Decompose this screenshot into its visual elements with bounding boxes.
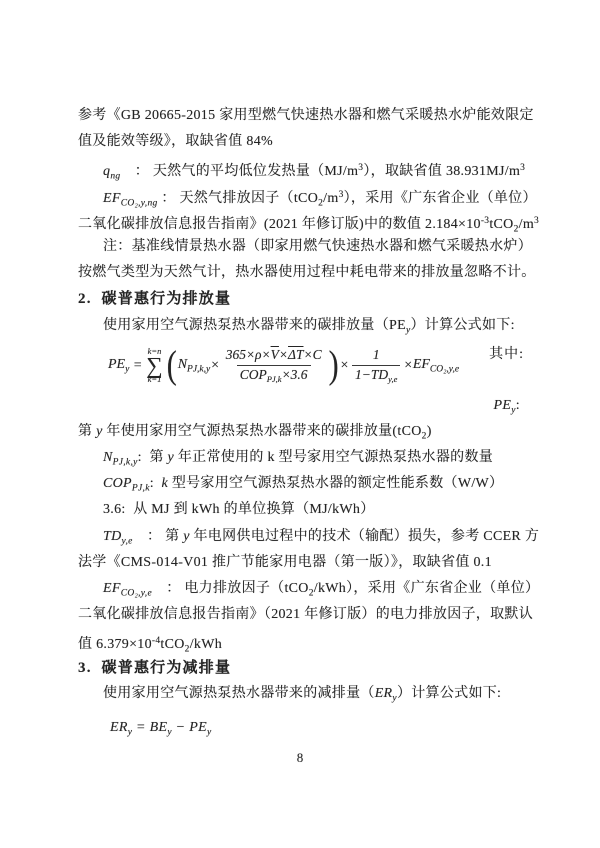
text-segment: 型号家用空气源热泵热水器的额定性能系数（W/W）: [168, 476, 503, 491]
text-line: 二氧化碳排放信息报告指南》(2021 年修订版)中的数值 2.184×10-3t…: [78, 208, 530, 234]
text-line: EFCO₂,y,ng ： 天然气排放因子（tCO2/m3），采用《广东省企业（单…: [78, 182, 530, 208]
text-line: EFCO₂,y,e ： 电力排放因子（tCO2/kWh），采用《广东省企业（单位…: [78, 576, 530, 602]
text-line: 二氧化碳排放信息报告指南》（2021 年修订版）的电力排放因子，取默认: [78, 602, 530, 628]
text-segment: ×3.6: [282, 367, 308, 382]
equals-sign: =: [133, 358, 142, 374]
text-segment: 二氧化碳排放信息报告指南》(2021 年修订版)中的数值 2.184×10: [78, 217, 481, 232]
text-segment: V: [271, 347, 279, 362]
text-segment: 1: [373, 347, 380, 362]
er-formula: ERy = BEy − PEy: [78, 715, 530, 741]
text-segment: CO₂,y,e: [121, 589, 152, 599]
text-line: 法学《CMS-014-V01 推广节能家用电器（第一版）》，取缺省值 0.1: [78, 550, 530, 576]
text-segment: :: [150, 476, 162, 491]
text-segment: PE: [108, 357, 125, 372]
text-segment: N: [178, 357, 187, 372]
text-segment: ： 电力排放因子（tCO: [152, 581, 309, 596]
multiply-sign: ×: [340, 358, 349, 374]
text-segment: 1−TD: [355, 367, 388, 382]
text-segment: ）计算公式如下:: [397, 686, 501, 701]
emission-factor-term: EFCO₂,y,e: [413, 357, 459, 375]
text-segment: ng: [110, 172, 120, 182]
text-segment: 值及能效等级》，取缺省值 84%: [78, 134, 273, 149]
text-line: 第 y 年使用家用空气源热泵热水器带来的碳排放量(tCO2): [78, 419, 530, 445]
multiply-sign: ×: [403, 358, 412, 374]
document-page: 参考《GB 20665-2015 家用型燃气快速热水器和燃气采暖热水炉能效限定值…: [0, 0, 600, 848]
text-line: qng ： 天然气的平均低位发热量（MJ/m3），取缺省值 38.931MJ/m…: [78, 155, 530, 181]
text-segment: EF: [103, 581, 121, 596]
text-segment: ΔT: [288, 347, 303, 362]
text-segment: /kWh: [190, 637, 222, 652]
text-line: TDy,e ： 第 y 年电网供电过程中的技术（输配）损失，参考 CCER 方: [78, 524, 530, 550]
text-line: 参考《GB 20665-2015 家用型燃气快速热水器和燃气采暖热水炉能效限定: [78, 103, 530, 129]
text-segment: 按燃气类型为天然气计，热水器使用过程中耗电带来的排放量忽略不计。: [78, 265, 536, 280]
text-segment: ER: [375, 686, 393, 701]
text-segment: ): [427, 424, 432, 439]
text-segment: COP: [240, 367, 267, 382]
open-paren: (: [167, 349, 177, 383]
energy-fraction: 365×ρ×V×ΔT×C COPPJ,k×3.6: [223, 347, 325, 385]
text-segment: ）计算公式如下:: [410, 318, 514, 333]
text-segment: y: [207, 727, 212, 737]
text-segment: 365×ρ×: [226, 347, 271, 362]
text-segment: 第: [78, 424, 96, 439]
text-segment: : 第: [138, 450, 168, 465]
text-segment: BE: [150, 720, 168, 735]
text-segment: 3: [520, 163, 525, 173]
text-line: 值 6.379×10-4tCO2/kWh: [78, 628, 530, 654]
text-line: 使用家用空气源热泵热水器带来的减排量（ERy）计算公式如下:: [78, 681, 530, 707]
n-units-term: NPJ,k,y: [178, 357, 211, 375]
text-segment: ），取缺省值 38.931MJ/m: [363, 164, 520, 179]
text-segment: 使用家用空气源热泵热水器带来的碳排放量（PE: [103, 318, 406, 333]
text-segment: 值 6.379×10: [78, 637, 152, 652]
text-segment: ×: [279, 347, 288, 362]
loss-fraction-denominator: 1−TDy,e: [352, 365, 400, 385]
text-segment: y,e: [122, 536, 133, 546]
document-body: 参考《GB 20665-2015 家用型燃气快速热水器和燃气采暖热水炉能效限定值…: [78, 103, 530, 741]
text-line: NPJ,k,y: 第 y 年正常使用的 k 型号家用空气源热泵热水器的数量: [78, 445, 530, 471]
text-line: 3.6: 从 MJ 到 kWh 的单位换算（MJ/kWh）: [78, 497, 530, 523]
text-segment: /m: [519, 217, 534, 232]
text-segment: 二氧化碳排放信息报告指南》（2021 年修订版）的电力排放因子，取默认: [78, 607, 533, 622]
text-segment: PJ,k: [132, 484, 150, 494]
text-segment: PJ,k,y: [113, 458, 138, 468]
text-segment: PE: [189, 720, 207, 735]
text-segment: y,e: [388, 374, 397, 384]
text-segment: 3. 碳普惠行为减排量: [78, 660, 231, 676]
text-segment: ： 天然气排放因子（tCO: [158, 191, 319, 206]
text-segment: N: [103, 450, 113, 465]
text-line: 使用家用空气源热泵热水器带来的碳排放量（PEy）计算公式如下:: [78, 313, 530, 339]
summation-symbol: k=n ∑ k=1: [146, 347, 162, 385]
text-line: 注：基准线情景热水器（即家用燃气快速热水器和燃气采暖热水炉）: [78, 234, 530, 260]
loss-fraction-numerator: 1: [370, 347, 383, 365]
pe-formula-lhs: PEy: [108, 357, 133, 375]
text-segment: /kWh），采用《广东省企业（单位）: [314, 581, 540, 596]
text-segment: PE: [494, 398, 512, 413]
text-segment: 参考《GB 20665-2015 家用型燃气快速热水器和燃气采暖热水炉能效限定: [78, 108, 534, 123]
energy-fraction-denominator: COPPJ,k×3.6: [237, 365, 311, 385]
sigma-icon: ∑: [146, 356, 162, 376]
text-segment: ： 天然气的平均低位发热量（MJ/m: [120, 164, 358, 179]
text-segment: ），采用《广东省企业（单位）: [344, 191, 537, 206]
text-segment: /m: [323, 191, 338, 206]
whereby-label: 其中:: [489, 343, 524, 363]
sum-lower-limit: k=1: [148, 375, 162, 384]
text-segment: −: [172, 720, 189, 735]
text-segment: tCO: [489, 217, 513, 232]
multiply-sign: ×: [210, 358, 219, 374]
text-segment: ×C: [303, 347, 321, 362]
text-segment: 年电网供电过程中的技术（输配）损失，参考 CCER 方: [190, 529, 539, 544]
text-segment: =: [132, 720, 149, 735]
text-segment: ER: [110, 720, 128, 735]
text-segment: EF: [103, 191, 121, 206]
text-segment: CO₂,y,ng: [121, 198, 158, 208]
text-segment: PJ,k: [267, 374, 282, 384]
text-segment: 2. 碳普惠行为排放量: [78, 291, 231, 307]
close-paren: ): [329, 349, 339, 383]
text-segment: TD: [103, 529, 122, 544]
section-heading: 2. 碳普惠行为排放量: [78, 286, 530, 312]
page-number: 8: [0, 750, 600, 766]
text-line: COPPJ,k: k 型号家用空气源热泵热水器的额定性能系数（W/W）: [78, 471, 530, 497]
text-segment: tCO: [160, 637, 184, 652]
energy-fraction-numerator: 365×ρ×V×ΔT×C: [223, 347, 325, 365]
loss-fraction: 1 1−TDy,e: [352, 347, 400, 385]
text-segment: 注：基准线情景热水器（即家用燃气快速热水器和燃气采暖热水炉）: [103, 239, 532, 254]
text-line: 值及能效等级》，取缺省值 84%: [78, 129, 530, 155]
text-segment: 法学《CMS-014-V01 推广节能家用电器（第一版）》，取缺省值 0.1: [78, 555, 492, 570]
text-segment: EF: [413, 357, 430, 372]
text-segment: 3.6: 从 MJ 到 kWh 的单位换算（MJ/kWh）: [103, 502, 375, 517]
formula-where-term: PEy:: [78, 393, 530, 419]
text-segment: 使用家用空气源热泵热水器带来的减排量（: [103, 686, 375, 701]
section-heading: 3. 碳普惠行为减排量: [78, 655, 530, 681]
text-segment: 3: [534, 216, 539, 226]
text-segment: ： 第: [133, 529, 184, 544]
text-segment: COP: [103, 476, 132, 491]
text-segment: :: [516, 398, 520, 413]
text-segment: CO₂,y,e: [430, 364, 459, 374]
text-line: 按燃气类型为天然气计，热水器使用过程中耗电带来的排放量忽略不计。: [78, 260, 530, 286]
pe-formula: PEy = k=n ∑ k=1 ( NPJ,k,y × 365×ρ×V×ΔT×C…: [78, 339, 530, 393]
text-segment: 年正常使用的 k 型号家用空气源热泵热水器的数量: [174, 450, 493, 465]
text-segment: PJ,k,y: [187, 364, 210, 374]
text-segment: 年使用家用空气源热泵热水器带来的碳排放量(tCO: [103, 424, 422, 439]
